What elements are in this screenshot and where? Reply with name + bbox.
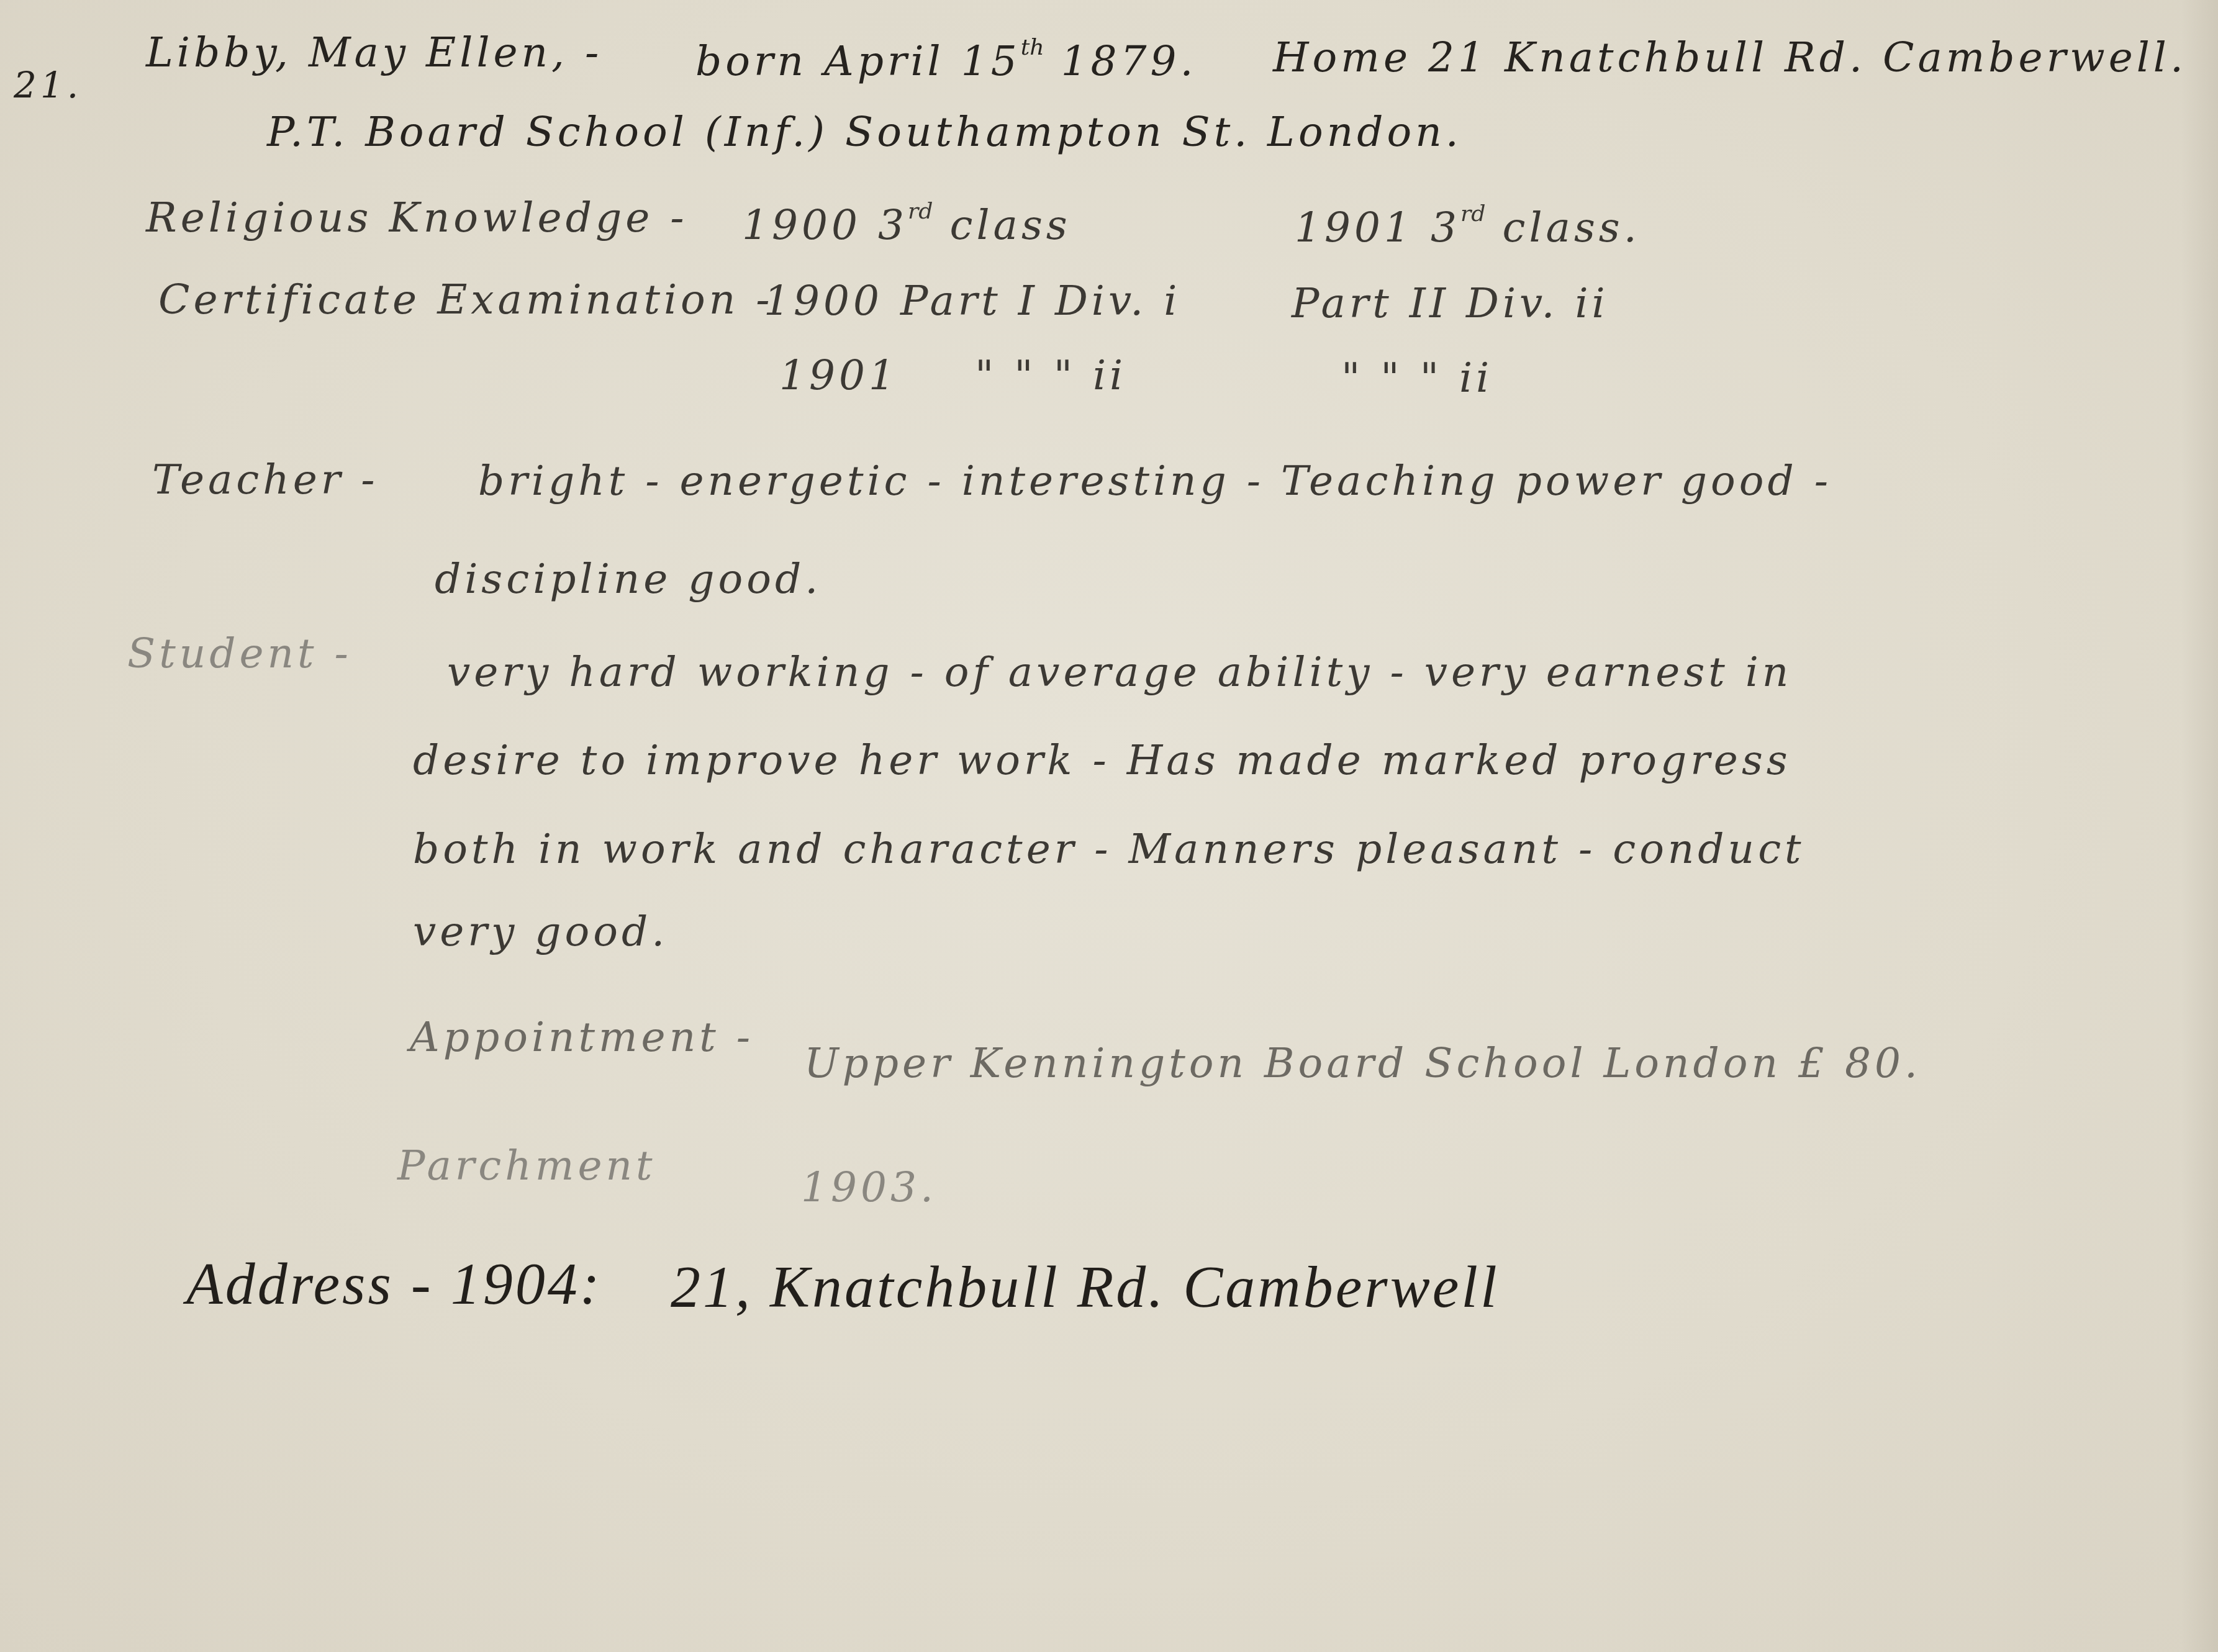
rk-class-suffix-1901: rd	[1460, 200, 1486, 227]
religious-knowledge-1901: 1901 3rd class.	[1295, 202, 1641, 248]
appointment-text: Upper Kennington Board School London £ 8…	[804, 1043, 1921, 1084]
born-date: April 15	[824, 37, 1021, 85]
teacher-comment-line2: discipline good.	[435, 559, 822, 600]
student-comment-line2: desire to improve her work - Has made ma…	[413, 740, 1791, 781]
rk-class-1900: 3	[878, 201, 908, 249]
rk-class-label-1900: class	[950, 201, 1071, 249]
rk-year-1901: 1901	[1295, 204, 1414, 251]
rk-class-suffix-1900: rd	[908, 197, 933, 224]
cert-1901-part2: " " " ii	[1341, 358, 1493, 399]
student-comment-line3: both in work and character - Manners ple…	[413, 829, 1805, 870]
home-address: 21 Knatchbull Rd. Camberwell.	[1428, 34, 2187, 81]
address-1904-label: Address - 1904:	[186, 1254, 602, 1314]
entry-number: 21.	[14, 67, 82, 103]
home-info: Home 21 Knatchbull Rd. Camberwell.	[1273, 37, 2187, 78]
name-line: Libby, May Ellen, -	[146, 32, 602, 73]
parchment-year: 1903.	[801, 1167, 937, 1208]
student-name: Libby, May Ellen, -	[146, 29, 602, 76]
cert-1900-part1: Part I Div. i	[900, 281, 1180, 322]
cert-1901-part1: " " " ii	[975, 355, 1126, 396]
rk-class-1901: 3	[1431, 204, 1460, 251]
page-edge-shadow	[2181, 0, 2218, 1652]
appointment-label: Appointment -	[410, 1017, 754, 1058]
rk-class-label-1901: class.	[1503, 204, 1641, 251]
school-line: P.T. Board School (Inf.) Southampton St.…	[267, 112, 1462, 153]
home-label: Home	[1273, 34, 1411, 81]
born-label: born	[695, 37, 807, 85]
parchment-label: Parchment	[397, 1145, 656, 1186]
student-comment-line1: very hard working - of average ability -…	[447, 652, 1792, 693]
student-label: Student -	[127, 633, 352, 674]
student-comment-line4: very good.	[413, 911, 668, 952]
rk-year-1900: 1900	[742, 201, 861, 249]
address-1904-text: 21, Knatchbull Rd. Camberwell	[671, 1257, 1500, 1317]
religious-knowledge-label: Religious Knowledge -	[146, 197, 687, 238]
record-page: 21. Libby, May Ellen, - born April 15th …	[0, 0, 2218, 1652]
certificate-exam-label: Certificate Examination -	[158, 279, 774, 320]
born-year: 1879.	[1061, 37, 1197, 85]
cert-1900-part2: Part II Div. ii	[1292, 283, 1609, 324]
cert-1900-year: 1900	[764, 281, 883, 322]
cert-1901-year: 1901	[779, 355, 899, 396]
teacher-comment-line1: bright - energetic - interesting - Teach…	[478, 461, 1832, 502]
born-date-suffix: th	[1021, 34, 1044, 60]
teacher-label: Teacher -	[152, 459, 379, 500]
birth-info: born April 15th 1879.	[695, 36, 1197, 82]
religious-knowledge-1900: 1900 3rd class	[742, 200, 1071, 246]
